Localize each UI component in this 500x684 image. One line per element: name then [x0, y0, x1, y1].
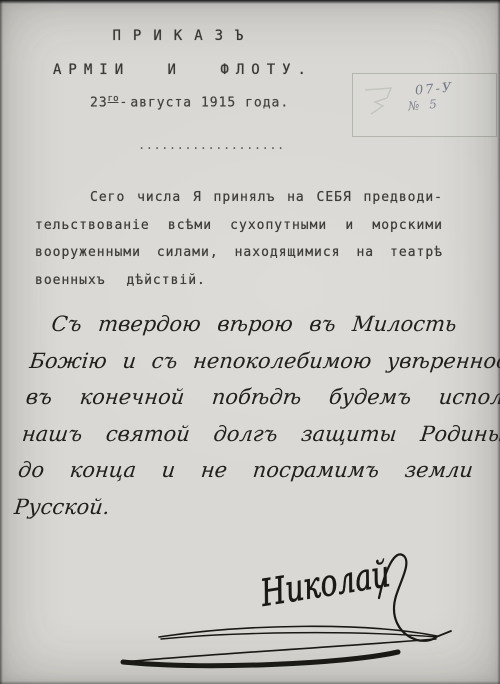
handwritten-line: Русской.: [12, 489, 466, 526]
handwritten-paragraph: Съ твердою вѣрою въ Милость Божію и съ н…: [12, 306, 485, 525]
stamp-emblem-icon: [361, 84, 401, 120]
stamp-pencil-note-1: 07-У: [414, 80, 454, 98]
photo-edge-left: [0, 0, 3, 684]
separator-dots: ...................: [138, 138, 285, 152]
handwritten-line: Божію и съ непоколебимою увѣренностью: [28, 343, 482, 380]
order-subtitle: АРМІИ И ФЛОТУ.: [0, 62, 366, 78]
order-title: ПРИКАЗЪ: [0, 28, 368, 44]
date-dash: -: [120, 95, 129, 110]
signature-block: Николай: [95, 540, 475, 680]
signature-descender-loop: [379, 554, 436, 640]
handwritten-line: до конца и не посрамимъ земли: [16, 452, 470, 489]
typed-paragraph: Сего числа Я принялъ на СЕБЯ предводи- т…: [35, 184, 443, 294]
signature-left-point-loop: [123, 639, 436, 662]
date-rest: августа 1915 года.: [130, 95, 289, 110]
typed-line: военныхъ дѣйствій.: [35, 267, 443, 295]
signature-end-tick: [436, 631, 451, 637]
date-day: 23: [90, 95, 108, 110]
document-photo: ПРИКАЗЪ АРМІИ И ФЛОТУ. 23го-августа 1915…: [0, 0, 500, 684]
order-date: 23го-августа 1915 года.: [90, 94, 289, 110]
handwritten-line: нашъ святой долгъ защиты Родины: [20, 416, 474, 453]
registration-stamp: 07-У № 5: [352, 73, 497, 137]
signature-name: Николай: [257, 552, 393, 615]
handwritten-line: Съ твердою вѣрою въ Милость: [32, 306, 486, 343]
typed-line: вооруженными силами, находящимися на теа…: [35, 239, 443, 267]
typed-line: тельствованіе всѣми сухопутными и морски…: [35, 212, 443, 240]
typed-line: Сего числа Я принялъ на СЕБЯ предводи-: [35, 184, 443, 212]
date-ordinal-suffix: го: [108, 94, 119, 104]
handwritten-line: въ конечной побѣдѣ будемъ исполнять: [24, 379, 478, 416]
photo-edge-top: [0, 0, 500, 4]
signature-underline-double: [161, 633, 437, 639]
stamp-pencil-note-2: № 5: [407, 97, 440, 114]
